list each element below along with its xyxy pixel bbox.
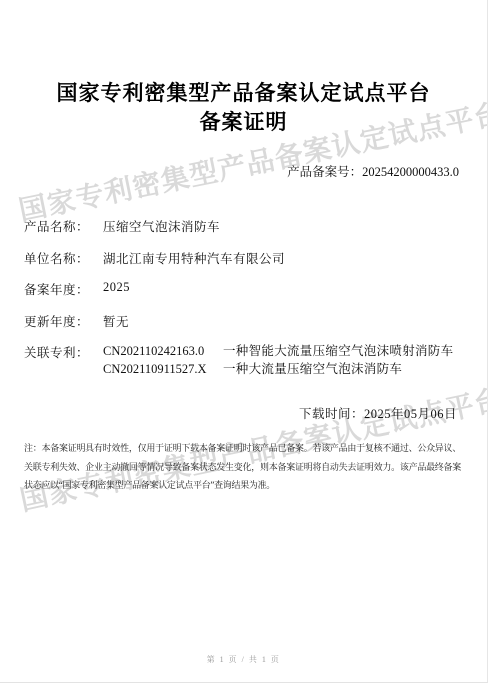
patent-title: 一种智能大流量压缩空气泡沫喷射消防车 [223,344,453,358]
field-label: 更新年度： [24,312,103,330]
download-time-line: 下载时间：2025年05月06日 [299,404,457,422]
field-label: 产品名称： [24,217,103,235]
field-label: 关联专利： [24,343,103,361]
field-company-name: 单位名称：湖北江南专用特种汽车有限公司 [24,249,464,267]
patent-list: CN202110242163.0一种智能大流量压缩空气泡沫喷射消防车CN2021… [103,343,453,378]
field-value: 暂无 [103,315,129,329]
field-value: 湖北江南专用特种汽车有限公司 [103,252,285,266]
page-title: 国家专利密集型产品备案认定试点平台 [0,77,487,107]
patent-number: CN202110911527.X [103,361,223,379]
record-number-value: 20254200000433.0 [362,165,459,179]
note-paragraph: 注：本备案证明具有时效性，仅用于证明下载本备案证明时该产品已备案。若该产品由于复… [24,439,461,495]
page-number-footer: 第 1 页 / 共 1 页 [0,654,487,665]
record-number-line: 产品备案号：20254200000433.0 [287,162,459,180]
patent-title: 一种大流量压缩空气泡沫消防车 [223,362,402,376]
patent-item: CN202110242163.0一种智能大流量压缩空气泡沫喷射消防车CN2021… [103,344,453,376]
certificate-content: 国家专利密集型产品备案认定试点平台 备案证明 产品备案号：20254200000… [0,0,487,682]
field-label: 单位名称： [24,249,103,267]
field-related-patents: 关联专利：CN202110242163.0一种智能大流量压缩空气泡沫喷射消防车C… [24,343,464,378]
record-number-label: 产品备案号： [287,165,362,179]
field-product-name: 产品名称：压缩空气泡沫消防车 [24,217,464,235]
download-time-value: 2025年05月06日 [364,407,457,421]
field-label: 备案年度： [24,280,103,298]
certificate-page: 国家专利密集型产品备案认定试点平台 国家专利密集型产品备案认定试点平台 国家专利… [0,0,488,683]
field-update-year: 更新年度：暂无 [24,312,464,330]
field-value: 2025 [103,280,130,294]
patent-number: CN202110242163.0 [103,343,223,361]
field-record-year: 备案年度：2025 [24,280,464,298]
page-subtitle: 备案证明 [0,106,487,136]
field-value: 压缩空气泡沫消防车 [103,220,220,234]
download-time-label: 下载时间： [299,407,364,421]
